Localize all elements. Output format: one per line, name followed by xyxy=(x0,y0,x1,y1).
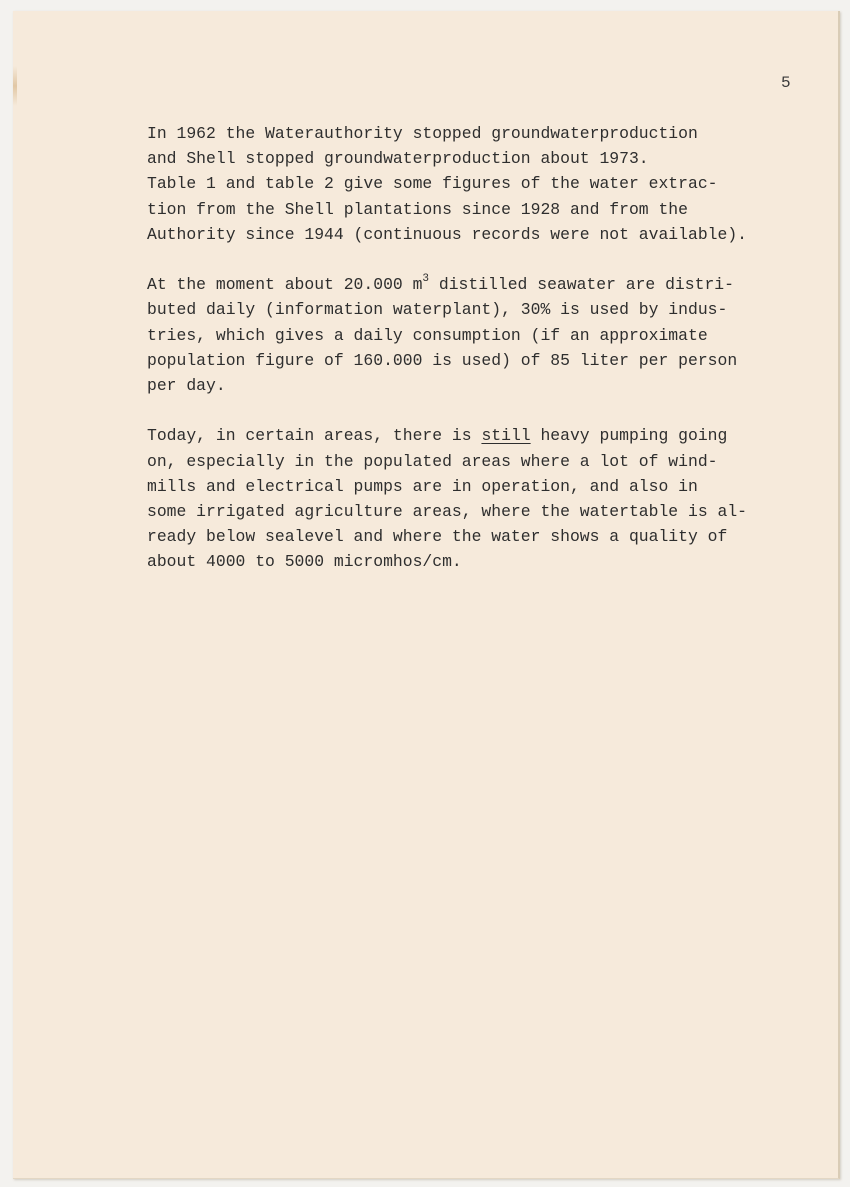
text-line: At the moment about 20.000 m3 distilled … xyxy=(147,272,787,297)
text-line: In 1962 the Waterauthority stopped groun… xyxy=(147,121,787,146)
text-line: some irrigated agriculture areas, where … xyxy=(147,499,787,524)
text-line: tion from the Shell plantations since 19… xyxy=(147,197,787,222)
document-page: 5 In 1962 the Waterauthority stopped gro… xyxy=(13,11,840,1179)
text-line: mills and electrical pumps are in operat… xyxy=(147,474,787,499)
text-segment: Today, in certain areas, there is xyxy=(147,426,481,445)
text-line: and Shell stopped groundwaterproduction … xyxy=(147,146,787,171)
text-line: Table 1 and table 2 give some figures of… xyxy=(147,171,787,196)
text-line: Authority since 1944 (continuous records… xyxy=(147,222,787,247)
paragraph-heavy-pumping: Today, in certain areas, there is still … xyxy=(147,423,787,574)
text-line: about 4000 to 5000 micromhos/cm. xyxy=(147,549,787,574)
text-line: per day. xyxy=(147,373,787,398)
paragraph-water-production-history: In 1962 the Waterauthority stopped groun… xyxy=(147,121,787,247)
text-segment: At the moment about 20.000 m xyxy=(147,275,422,294)
text-line: population figure of 160.000 is used) of… xyxy=(147,348,787,373)
superscript-cubed: 3 xyxy=(422,273,429,285)
paragraph-seawater-distribution: At the moment about 20.000 m3 distilled … xyxy=(147,272,787,398)
body-text: In 1962 the Waterauthority stopped groun… xyxy=(147,121,787,600)
paper-stain xyxy=(13,66,17,106)
text-line: on, especially in the populated areas wh… xyxy=(147,449,787,474)
text-line: ready below sealevel and where the water… xyxy=(147,524,787,549)
text-line: buted daily (information waterplant), 30… xyxy=(147,297,787,322)
text-segment: distilled seawater are distri- xyxy=(429,275,734,294)
text-segment: heavy pumping going xyxy=(531,426,728,445)
underlined-word: still xyxy=(481,426,530,445)
text-line: tries, which gives a daily consumption (… xyxy=(147,323,787,348)
page-number: 5 xyxy=(781,74,791,92)
text-line: Today, in certain areas, there is still … xyxy=(147,423,787,448)
